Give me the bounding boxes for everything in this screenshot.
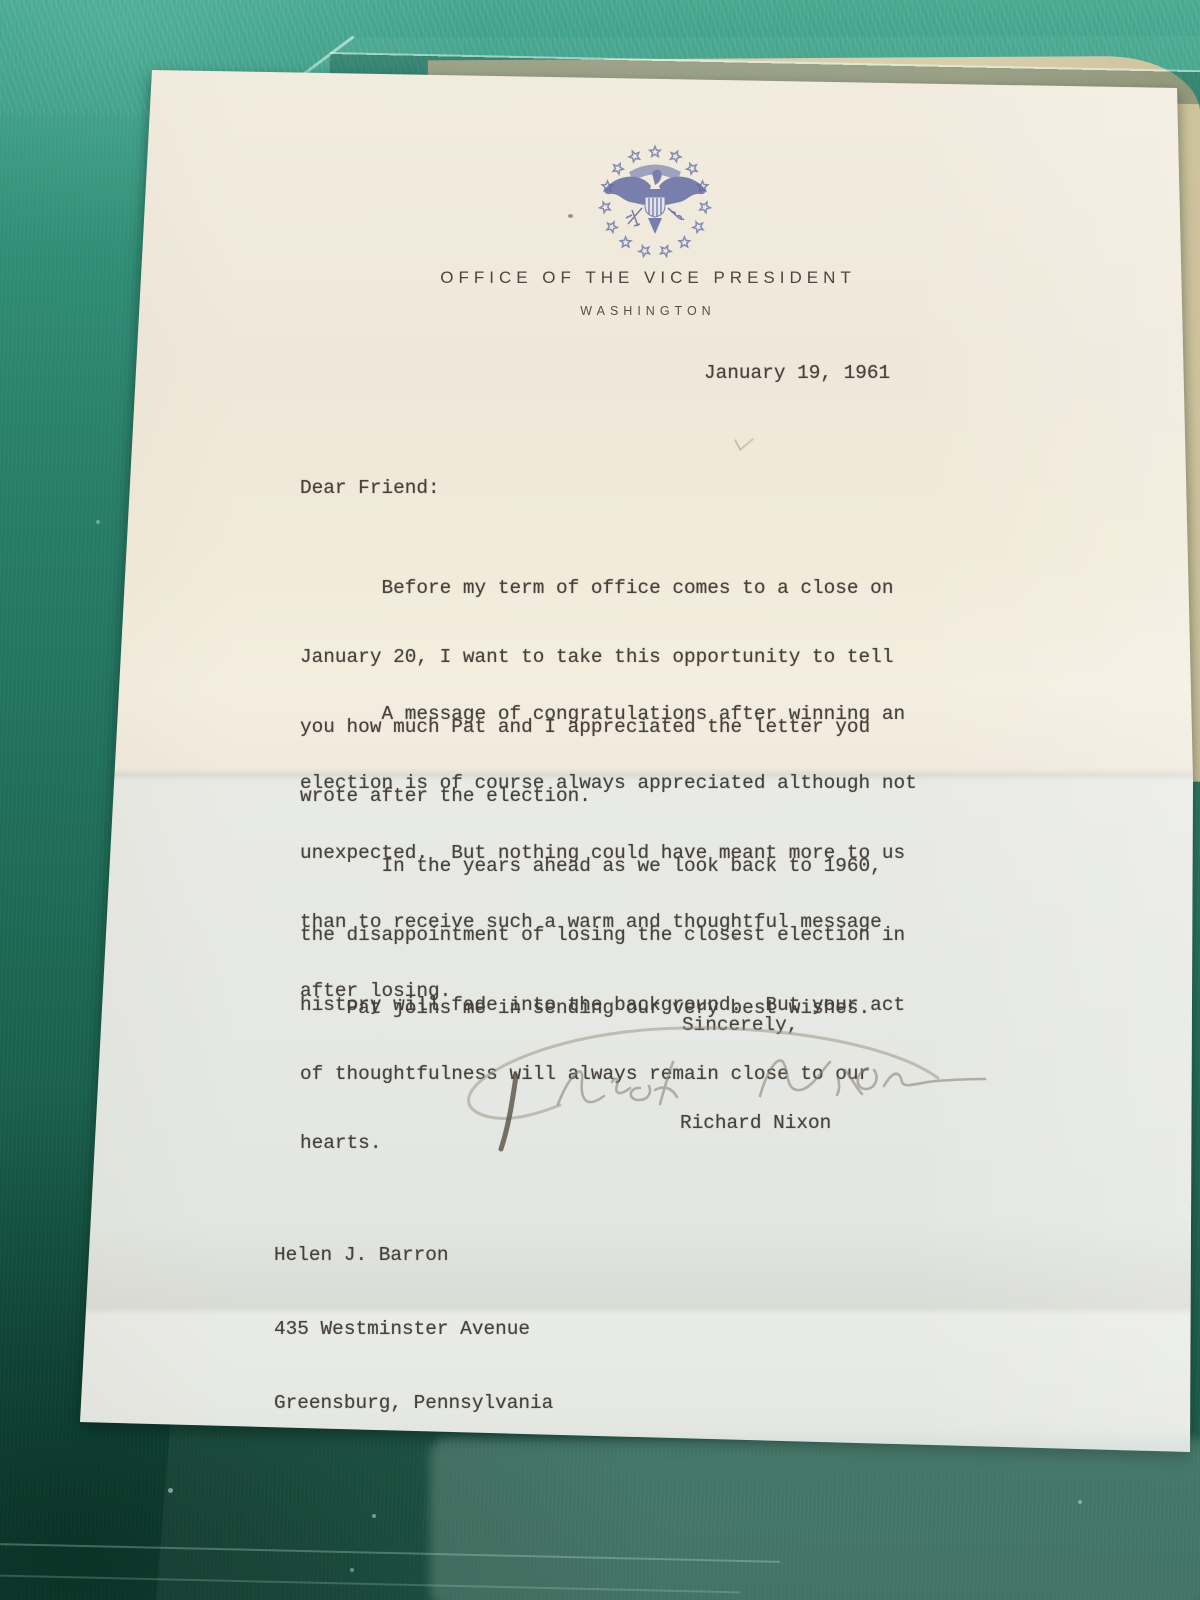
recipient-name: Helen J. Barron <box>274 1240 553 1270</box>
letterhead-city-line: WASHINGTON <box>580 304 715 318</box>
lint-speck <box>372 1514 376 1518</box>
letter-line: Before my term of office comes to a clos… <box>300 576 893 601</box>
nixon-signature <box>408 1016 988 1166</box>
vice-president-seal-icon <box>595 145 715 259</box>
recipient-address: Helen J. Barron 435 Westminster Avenue G… <box>274 1196 553 1462</box>
recipient-street: 435 Westminster Avenue <box>274 1314 553 1344</box>
date-line: January 19, 1961 <box>704 362 890 384</box>
lint-speck <box>1078 1500 1082 1504</box>
salutation: Dear Friend: <box>300 477 440 499</box>
paper-crease-mark <box>734 429 754 451</box>
lint-speck <box>350 1568 354 1572</box>
letter-paper: OFFICE OF THE VICE PRESIDENT WASHINGTON … <box>78 68 1195 1460</box>
dust-speck <box>733 936 737 940</box>
photo-scene: OFFICE OF THE VICE PRESIDENT WASHINGTON … <box>0 0 1200 1600</box>
letter-line: the disappointment of losing the closest… <box>300 923 905 948</box>
seal-eagle <box>605 165 706 235</box>
lint-speck <box>96 520 100 524</box>
recipient-city: Greensburg, Pennsylvania <box>274 1388 553 1418</box>
sleeve-bottom-sheen <box>430 1438 1200 1600</box>
letter-line: A message of congratulations after winni… <box>300 702 917 727</box>
letter-page: OFFICE OF THE VICE PRESIDENT WASHINGTON … <box>78 68 1195 1460</box>
dust-speck <box>568 214 573 218</box>
letterhead-office-line: OFFICE OF THE VICE PRESIDENT <box>440 268 856 288</box>
typed-signature-name: Richard Nixon <box>680 1112 831 1134</box>
lint-speck <box>168 1488 173 1493</box>
letter-line: In the years ahead as we look back to 19… <box>300 854 905 879</box>
letter-line: election is of course always appreciated… <box>300 771 917 796</box>
